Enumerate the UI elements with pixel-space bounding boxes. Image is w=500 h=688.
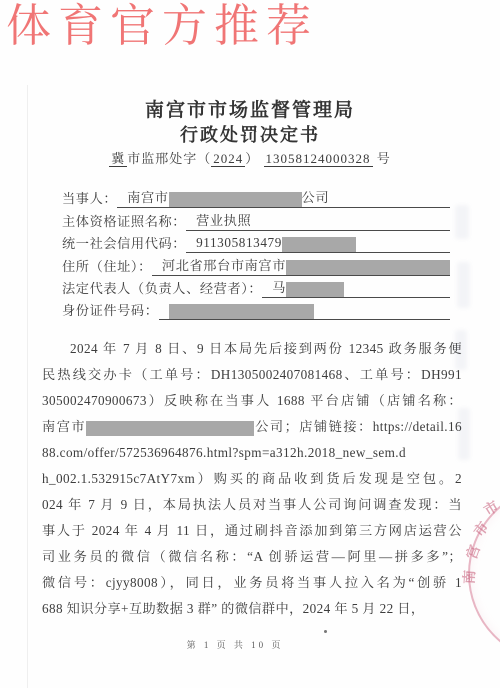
document-number-line: 冀市监邢处字（2024） 13058124000328 号 xyxy=(0,148,500,167)
seal-character: 南 xyxy=(459,569,480,584)
redaction-box xyxy=(286,260,450,276)
field-label: 身份证件号码： xyxy=(62,300,159,320)
field-value-text: 马 xyxy=(272,277,286,296)
docno-year: 2024 xyxy=(211,151,245,167)
body-line-with-redaction: 南宫市公司；店铺链接：https://detail.16 xyxy=(42,414,462,440)
body-line: 微信号：cjyy8008），同日，业务员将当事人拉入名为“创骄 1 xyxy=(42,570,462,596)
field-value-text: 公司 xyxy=(302,187,330,206)
field-value-text: 南宫市 xyxy=(127,187,168,206)
body-line: 司业务员的微信（微信名称：“A 创骄运营—阿里—拼多多”； xyxy=(42,544,462,570)
body-line: 2024 年 7 月 8 日、9 日本局先后接到两份 12345 政务服务便 xyxy=(42,336,462,362)
field-party-name: 当事人： 南宫市 公司 xyxy=(62,186,450,208)
scan-speck xyxy=(324,630,327,633)
field-credit-code: 统一社会信用代码： 911305813479 xyxy=(62,231,450,253)
body-line: 024 年 7 月 9 日，本局执法人员对当事人公司询问调查发现：当 xyxy=(42,492,462,518)
body-line: 688 知识分享+互助数据 3 群” 的微信群中，2024 年 5 月 22 日… xyxy=(42,596,462,622)
field-value-underline: 南宫市 公司 xyxy=(117,187,450,208)
field-license-name: 主体资格证照名称： 营业执照 xyxy=(62,208,450,230)
field-value-underline: 911305813479 xyxy=(186,235,450,253)
field-label: 当事人： xyxy=(62,188,117,208)
field-value-underline xyxy=(159,302,450,320)
body-line-text: 南宫市 xyxy=(42,419,86,434)
field-legal-representative: 法定代表人（负责人、经营者）： 马 xyxy=(62,276,450,298)
scan-edge-line xyxy=(27,85,28,688)
field-value-text: 营业执照 xyxy=(196,210,251,229)
body-line: 民热线交办卡（工单号：DH1305002407081468、工单号：DH991 xyxy=(42,362,462,388)
body-line: h_002.1.532915c7AtY7xm）购买的商品收到货后发现是空包。2 xyxy=(42,466,462,492)
page-number-footer: 第 1 页 共 10 页 xyxy=(0,638,470,651)
field-label: 统一社会信用代码： xyxy=(62,233,186,253)
field-value-text: 911305813479 xyxy=(196,235,282,251)
redaction-box xyxy=(282,237,356,253)
body-line: 事人于 2024 年 4 月 11 日，通过刷抖音添加到第三方网店运营公 xyxy=(42,518,462,544)
docno-close: ） xyxy=(245,151,259,166)
issuing-authority-title: 南宫市市场监督管理局 xyxy=(0,95,500,122)
body-line: 88.com/offer/572536964876.html?spm=a312h… xyxy=(42,440,462,466)
field-address: 住所（住址）： 河北省邢台市南宫市 xyxy=(62,253,450,275)
docno-province: 冀 xyxy=(109,151,127,167)
docno-suffix: 号 xyxy=(377,151,391,166)
scanned-document-page: 体育官方推荐 南宫市市场监督管理局 行政处罚决定书 冀市监邢处字（2024） 1… xyxy=(0,0,500,688)
field-value-underline: 营业执照 xyxy=(186,210,450,231)
field-value-text: 河北省邢台市南宫市 xyxy=(162,255,286,274)
field-label: 住所（住址）： xyxy=(62,256,152,276)
show-through-smudge xyxy=(457,262,470,308)
red-watermark-text: 体育官方推荐 xyxy=(6,0,318,54)
body-line: 305002470900673）反映称在当事人 1688 平台店铺（店铺名称： xyxy=(42,388,462,414)
field-value-underline: 河北省邢台市南宫市 xyxy=(152,255,450,276)
show-through-smudge xyxy=(458,408,470,460)
party-info-fields: 当事人： 南宫市 公司 主体资格证照名称： 营业执照 统一社会信用代码： 911… xyxy=(62,186,450,320)
show-through-smudge xyxy=(455,330,467,370)
document-type-title: 行政处罚决定书 xyxy=(0,121,500,147)
redaction-box xyxy=(86,421,254,436)
redaction-box xyxy=(169,192,302,208)
redaction-box xyxy=(169,304,314,320)
field-id-number: 身份证件号码： xyxy=(62,298,450,320)
redaction-box xyxy=(286,282,344,298)
docno-mid: 市监邢处字（ xyxy=(127,151,211,166)
field-label: 主体资格证照名称： xyxy=(62,211,186,231)
body-paragraph: 2024 年 7 月 8 日、9 日本局先后接到两份 12345 政务服务便 民… xyxy=(42,336,462,622)
field-label: 法定代表人（负责人、经营者）： xyxy=(62,278,262,298)
field-value-underline: 马 xyxy=(262,277,450,298)
show-through-smudge xyxy=(455,205,469,239)
docno-number: 13058124000328 xyxy=(264,151,373,167)
body-line-text: 公司；店铺链接：https://detail.16 xyxy=(254,419,462,434)
